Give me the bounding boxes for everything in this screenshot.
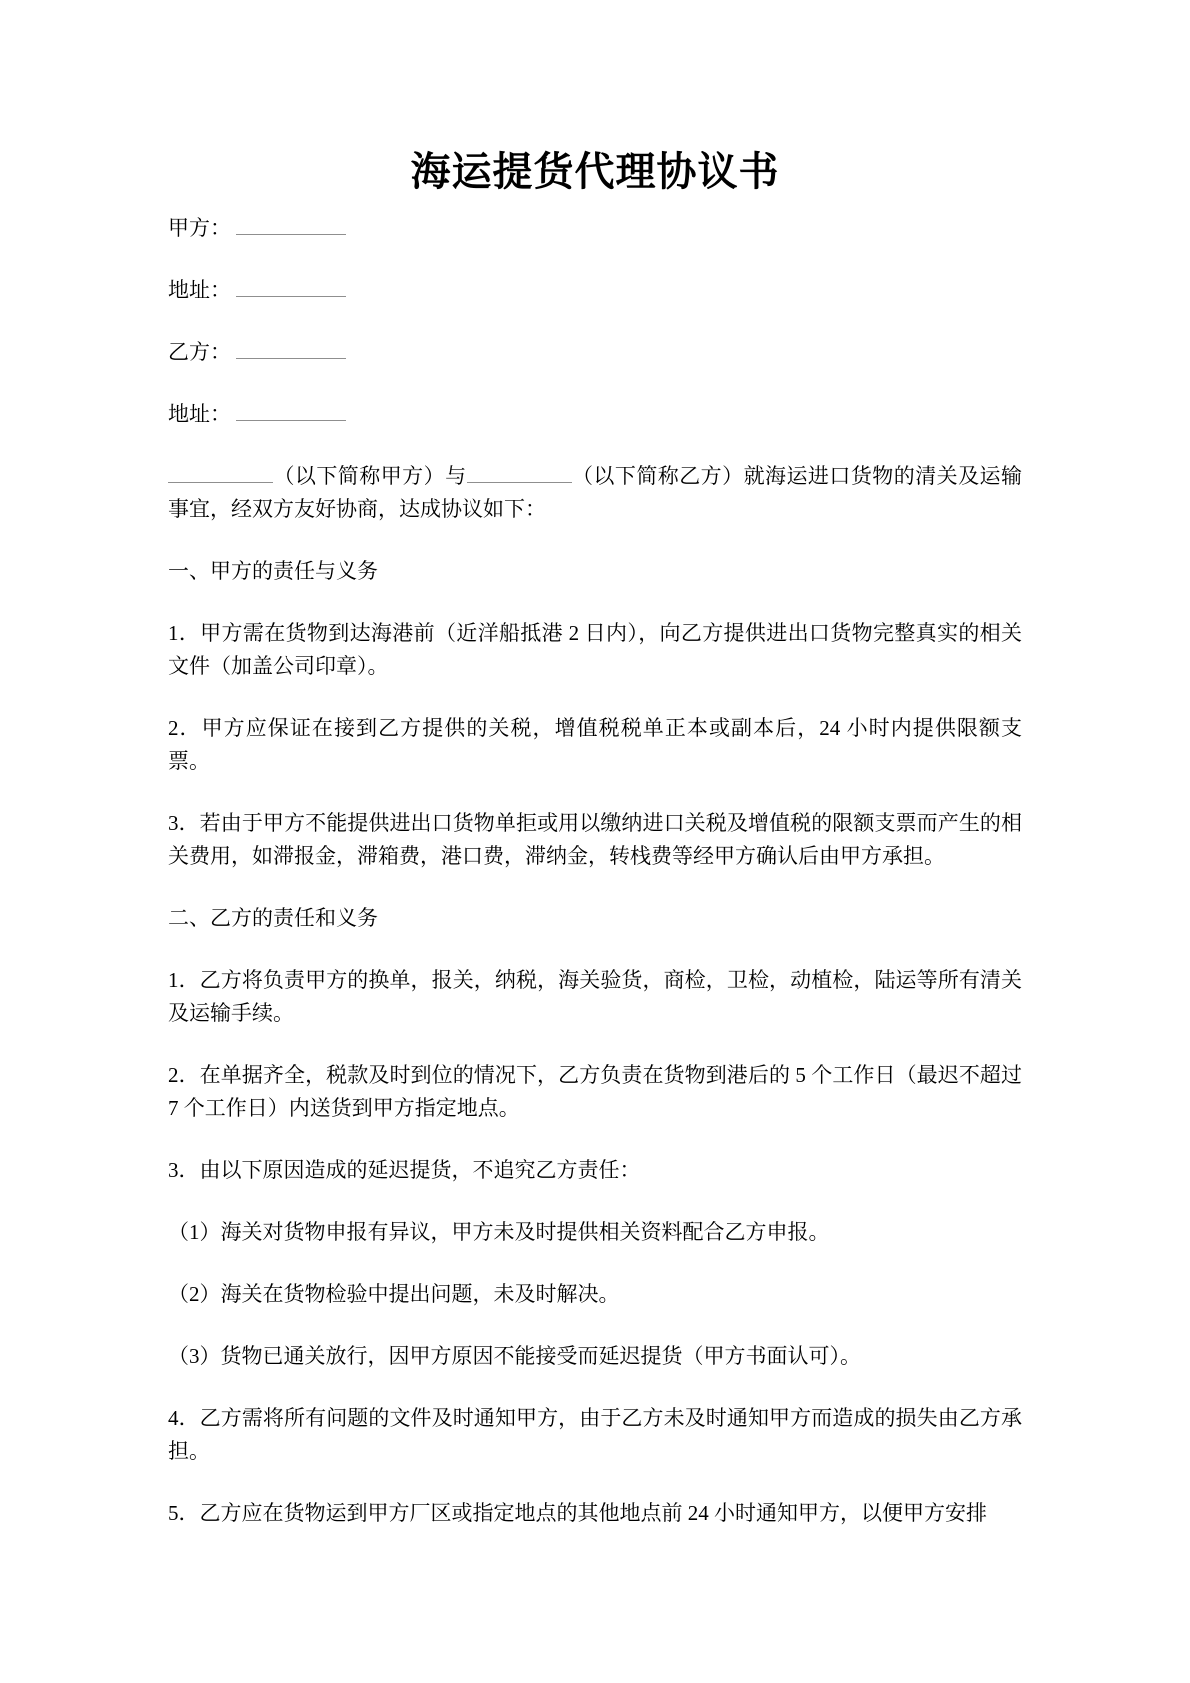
document-title: 海运提货代理协议书 [168, 148, 1022, 196]
section-1-item-3: 3．若由于甲方不能提供进出口货物单拒或用以缴纳进口关税及增值税的限额支票而产生的… [168, 807, 1022, 873]
contract-page: 海运提货代理协议书 甲方： 地址： 乙方： 地址： （以下简称甲方）与（以下简称… [0, 0, 1190, 1683]
party-b-address-label: 地址： [168, 402, 231, 426]
section-2-item-3-sub-1: （1）海关对货物申报有异议，甲方未及时提供相关资料配合乙方申报。 [168, 1216, 1022, 1249]
party-b-address-blank-field[interactable] [236, 400, 346, 421]
section-2-item-3: 3．由以下原因造成的延迟提货，不追究乙方责任： [168, 1154, 1022, 1187]
section-1-heading: 一、甲方的责任与义务 [168, 555, 1022, 588]
section-2-heading: 二、乙方的责任和义务 [168, 902, 1022, 935]
section-1-item-1: 1．甲方需在货物到达海港前（近洋船抵港 2 日内），向乙方提供进出口货物完整真实… [168, 617, 1022, 683]
party-a-label: 甲方： [168, 216, 231, 240]
party-b-label: 乙方： [168, 340, 231, 364]
section-2-item-3-sub-3: （3）货物已通关放行，因甲方原因不能接受而延迟提货（甲方书面认可）。 [168, 1340, 1022, 1373]
party-a-address-blank-field[interactable] [236, 276, 346, 297]
section-2-item-3-sub-2: （2）海关在货物检验中提出问题，未及时解决。 [168, 1278, 1022, 1311]
section-2-item-2: 2．在单据齐全，税款及时到位的情况下，乙方负责在货物到港后的 5 个工作日（最迟… [168, 1059, 1022, 1125]
intro-text-after-party-a: （以下简称甲方）与 [273, 464, 467, 488]
party-a-address-line: 地址： [168, 274, 1022, 307]
party-b-blank-field[interactable] [236, 338, 346, 359]
section-1-item-2: 2．甲方应保证在接到乙方提供的关税，增值税税单正本或副本后，24 小时内提供限额… [168, 712, 1022, 778]
section-2-item-5: 5．乙方应在货物运到甲方厂区或指定地点的其他地点前 24 小时通知甲方，以便甲方… [168, 1497, 1022, 1530]
intro-paragraph: （以下简称甲方）与（以下简称乙方）就海运进口货物的清关及运输事宜，经双方友好协商… [168, 460, 1022, 526]
party-a-blank-field[interactable] [236, 214, 346, 235]
party-a-address-label: 地址： [168, 278, 231, 302]
party-b-address-line: 地址： [168, 398, 1022, 431]
intro-party-a-blank[interactable] [168, 462, 273, 483]
section-2-item-4: 4．乙方需将所有问题的文件及时通知甲方，由于乙方未及时通知甲方而造成的损失由乙方… [168, 1402, 1022, 1468]
party-b-line: 乙方： [168, 336, 1022, 369]
section-2-item-1: 1．乙方将负责甲方的换单，报关，纳税，海关验货，商检，卫检，动植检，陆运等所有清… [168, 964, 1022, 1030]
intro-party-b-blank[interactable] [467, 462, 572, 483]
party-a-line: 甲方： [168, 212, 1022, 245]
